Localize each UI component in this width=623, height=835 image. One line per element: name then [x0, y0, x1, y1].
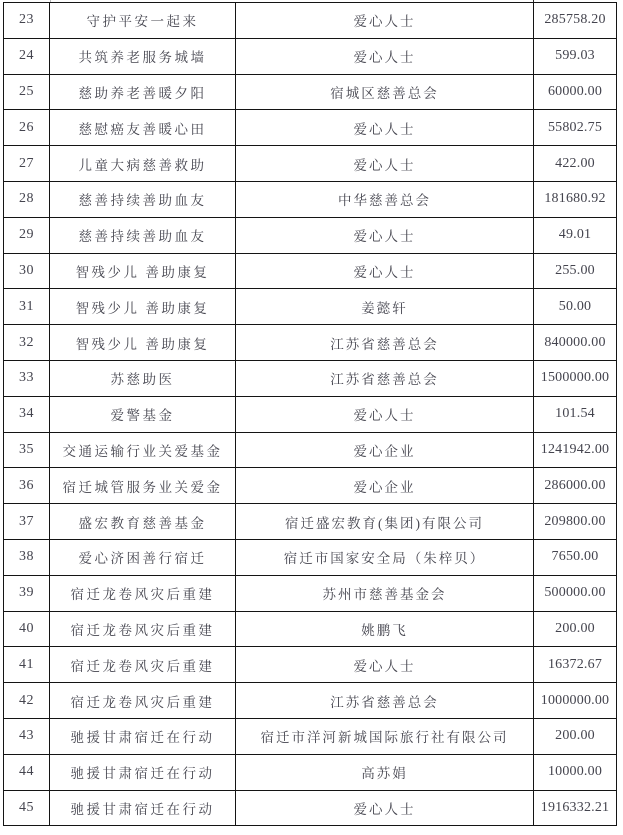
table-row: 44 驰援甘肃宿迁在行动 高苏娟 10000.00 — [4, 754, 617, 790]
project-name-cell: 交通运输行业关爱基金 — [50, 432, 236, 468]
row-number-cell: 45 — [4, 790, 50, 826]
row-number-cell: 32 — [4, 325, 50, 361]
amount-cell: 200.00 — [534, 718, 617, 754]
donor-name-cell: 爱心人士 — [236, 146, 534, 182]
row-number-cell: 27 — [4, 146, 50, 182]
table-row: 38 爱心济困善行宿迁 宿迁市国家安全局（朱梓贝） 7650.00 — [4, 539, 617, 575]
amount-cell: 16372.67 — [534, 647, 617, 683]
donor-name-cell: 爱心企业 — [236, 468, 534, 504]
row-number-cell: 31 — [4, 289, 50, 325]
amount-cell: 209800.00 — [534, 504, 617, 540]
row-number-cell: 35 — [4, 432, 50, 468]
row-number-cell: 42 — [4, 683, 50, 719]
amount-cell: 1241942.00 — [534, 432, 617, 468]
amount-cell: 7650.00 — [534, 539, 617, 575]
row-number-cell: 26 — [4, 110, 50, 146]
project-name-cell: 智残少儿 善助康复 — [50, 325, 236, 361]
project-name-cell: 宿迁龙卷风灾后重建 — [50, 683, 236, 719]
table-row: 23 守护平安一起来 爱心人士 285758.20 — [4, 3, 617, 39]
donor-name-cell: 爱心人士 — [236, 110, 534, 146]
row-number-cell: 44 — [4, 754, 50, 790]
donor-name-cell: 宿城区慈善总会 — [236, 74, 534, 110]
row-number-cell: 38 — [4, 539, 50, 575]
project-name-cell: 盛宏教育慈善基金 — [50, 504, 236, 540]
row-number-cell: 34 — [4, 396, 50, 432]
donor-name-cell: 爱心企业 — [236, 432, 534, 468]
table-row: 25 慈助养老善暖夕阳 宿城区慈善总会 60000.00 — [4, 74, 617, 110]
donor-name-cell: 江苏省慈善总会 — [236, 360, 534, 396]
row-number-cell: 25 — [4, 74, 50, 110]
row-number-cell: 39 — [4, 575, 50, 611]
row-number-cell: 33 — [4, 360, 50, 396]
amount-cell: 1500000.00 — [534, 360, 617, 396]
row-number-cell: 37 — [4, 504, 50, 540]
amount-cell: 200.00 — [534, 611, 617, 647]
amount-cell: 181680.92 — [534, 181, 617, 217]
amount-cell: 49.01 — [534, 217, 617, 253]
donor-name-cell: 爱心人士 — [236, 647, 534, 683]
donor-name-cell: 爱心人士 — [236, 217, 534, 253]
table-row: 32 智残少儿 善助康复 江苏省慈善总会 840000.00 — [4, 325, 617, 361]
project-name-cell: 驰援甘肃宿迁在行动 — [50, 718, 236, 754]
donor-name-cell: 爱心人士 — [236, 396, 534, 432]
project-name-cell: 爱警基金 — [50, 396, 236, 432]
project-name-cell: 爱心济困善行宿迁 — [50, 539, 236, 575]
table-row: 40 宿迁龙卷风灾后重建 姚鹏飞 200.00 — [4, 611, 617, 647]
row-number-cell: 23 — [4, 3, 50, 39]
amount-cell: 10000.00 — [534, 754, 617, 790]
amount-cell: 55802.75 — [534, 110, 617, 146]
project-name-cell: 共筑养老服务城墙 — [50, 38, 236, 74]
project-name-cell: 宿迁龙卷风灾后重建 — [50, 575, 236, 611]
project-name-cell: 宿迁龙卷风灾后重建 — [50, 647, 236, 683]
table-row: 26 慈慰癌友善暖心田 爱心人士 55802.75 — [4, 110, 617, 146]
amount-cell: 60000.00 — [534, 74, 617, 110]
amount-cell: 286000.00 — [534, 468, 617, 504]
donor-name-cell: 宿迁市洋河新城国际旅行社有限公司 — [236, 718, 534, 754]
table-row: 28 慈善持续善助血友 中华慈善总会 181680.92 — [4, 181, 617, 217]
row-number-cell: 43 — [4, 718, 50, 754]
project-name-cell: 驰援甘肃宿迁在行动 — [50, 754, 236, 790]
donor-name-cell: 爱心人士 — [236, 790, 534, 826]
donor-name-cell: 姜懿轩 — [236, 289, 534, 325]
table-row: 39 宿迁龙卷风灾后重建 苏州市慈善基金会 500000.00 — [4, 575, 617, 611]
donor-name-cell: 中华慈善总会 — [236, 181, 534, 217]
amount-cell: 840000.00 — [534, 325, 617, 361]
table-row: 30 智残少儿 善助康复 爱心人士 255.00 — [4, 253, 617, 289]
donation-table: 23 守护平安一起来 爱心人士 285758.20 24 共筑养老服务城墙 爱心… — [3, 2, 617, 826]
donor-name-cell: 爱心人士 — [236, 253, 534, 289]
amount-cell: 285758.20 — [534, 3, 617, 39]
amount-cell: 1000000.00 — [534, 683, 617, 719]
donor-name-cell: 高苏娟 — [236, 754, 534, 790]
table-row: 36 宿迁城管服务业关爱金 爱心企业 286000.00 — [4, 468, 617, 504]
table-row: 27 儿童大病慈善救助 爱心人士 422.00 — [4, 146, 617, 182]
donor-name-cell: 江苏省慈善总会 — [236, 683, 534, 719]
table-row: 43 驰援甘肃宿迁在行动 宿迁市洋河新城国际旅行社有限公司 200.00 — [4, 718, 617, 754]
table-row: 37 盛宏教育慈善基金 宿迁盛宏教育(集团)有限公司 209800.00 — [4, 504, 617, 540]
project-name-cell: 慈助养老善暖夕阳 — [50, 74, 236, 110]
table-row: 31 智残少儿 善助康复 姜懿轩 50.00 — [4, 289, 617, 325]
project-name-cell: 智残少儿 善助康复 — [50, 289, 236, 325]
row-number-cell: 36 — [4, 468, 50, 504]
amount-cell: 101.54 — [534, 396, 617, 432]
donor-name-cell: 江苏省慈善总会 — [236, 325, 534, 361]
amount-cell: 1916332.21 — [534, 790, 617, 826]
project-name-cell: 宿迁城管服务业关爱金 — [50, 468, 236, 504]
donor-name-cell: 宿迁盛宏教育(集团)有限公司 — [236, 504, 534, 540]
donor-name-cell: 爱心人士 — [236, 38, 534, 74]
table-row: 34 爱警基金 爱心人士 101.54 — [4, 396, 617, 432]
table-row: 45 驰援甘肃宿迁在行动 爱心人士 1916332.21 — [4, 790, 617, 826]
donor-name-cell: 姚鹏飞 — [236, 611, 534, 647]
amount-cell: 599.03 — [534, 38, 617, 74]
table-row: 29 慈善持续善助血友 爱心人士 49.01 — [4, 217, 617, 253]
project-name-cell: 慈善持续善助血友 — [50, 181, 236, 217]
amount-cell: 500000.00 — [534, 575, 617, 611]
donor-name-cell: 爱心人士 — [236, 3, 534, 39]
row-number-cell: 30 — [4, 253, 50, 289]
table-row: 33 苏慈助医 江苏省慈善总会 1500000.00 — [4, 360, 617, 396]
project-name-cell: 儿童大病慈善救助 — [50, 146, 236, 182]
table-row: 24 共筑养老服务城墙 爱心人士 599.03 — [4, 38, 617, 74]
amount-cell: 255.00 — [534, 253, 617, 289]
project-name-cell: 慈慰癌友善暖心田 — [50, 110, 236, 146]
project-name-cell: 守护平安一起来 — [50, 3, 236, 39]
donor-name-cell: 宿迁市国家安全局（朱梓贝） — [236, 539, 534, 575]
amount-cell: 422.00 — [534, 146, 617, 182]
project-name-cell: 驰援甘肃宿迁在行动 — [50, 790, 236, 826]
row-number-cell: 24 — [4, 38, 50, 74]
document-page: 23 守护平安一起来 爱心人士 285758.20 24 共筑养老服务城墙 爱心… — [0, 0, 623, 835]
table-row: 35 交通运输行业关爱基金 爱心企业 1241942.00 — [4, 432, 617, 468]
row-number-cell: 28 — [4, 181, 50, 217]
row-number-cell: 40 — [4, 611, 50, 647]
project-name-cell: 苏慈助医 — [50, 360, 236, 396]
project-name-cell: 宿迁龙卷风灾后重建 — [50, 611, 236, 647]
row-number-cell: 29 — [4, 217, 50, 253]
project-name-cell: 智残少儿 善助康复 — [50, 253, 236, 289]
donor-name-cell: 苏州市慈善基金会 — [236, 575, 534, 611]
project-name-cell: 慈善持续善助血友 — [50, 217, 236, 253]
row-number-cell: 41 — [4, 647, 50, 683]
table-row: 41 宿迁龙卷风灾后重建 爱心人士 16372.67 — [4, 647, 617, 683]
table-row: 42 宿迁龙卷风灾后重建 江苏省慈善总会 1000000.00 — [4, 683, 617, 719]
amount-cell: 50.00 — [534, 289, 617, 325]
